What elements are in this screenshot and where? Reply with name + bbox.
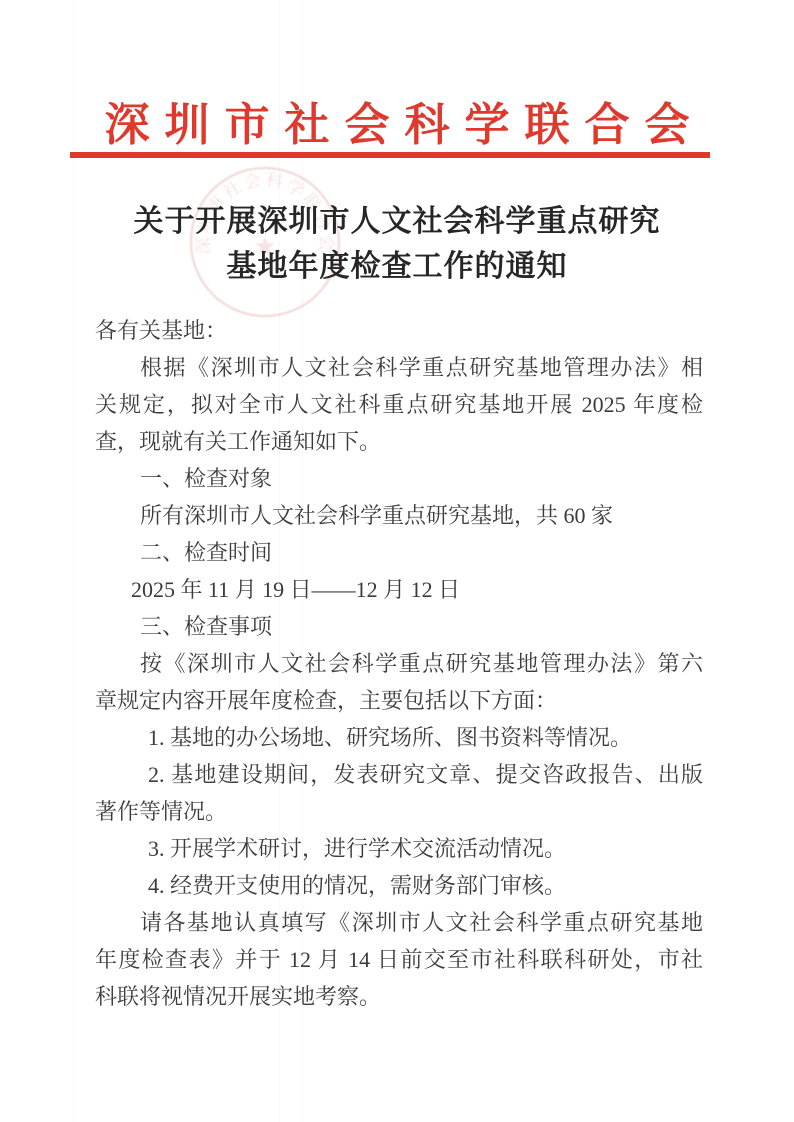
body-line: 2. 基地建设期间，发表研究文章、提交咨政报告、出版 xyxy=(95,756,703,793)
body-line: 4. 经费开支使用的情况，需财务部门审核。 xyxy=(95,867,703,904)
letterhead-org-name: 深圳市社会科学联合会 xyxy=(0,88,794,153)
body-line: 科联将视情况开展实地考察。 xyxy=(95,978,703,1015)
header-divider xyxy=(70,152,710,158)
body-line: 年度检查表》并于 12 月 14 日前交至市社科联科研处，市社 xyxy=(95,941,703,978)
body-line: 按《深圳市人文社会科学重点研究基地管理办法》第六 xyxy=(95,645,703,682)
body-line: 章规定内容开展年度检查，主要包括以下方面： xyxy=(95,682,703,719)
body-line: 1. 基地的办公场地、研究场所、图书资料等情况。 xyxy=(95,719,703,756)
body-line: 根据《深圳市人文社会科学重点研究基地管理办法》相 xyxy=(95,349,703,386)
body-line: 查，现就有关工作通知如下。 xyxy=(95,423,703,460)
body-line: 三、检查事项 xyxy=(95,608,703,645)
scan-artifact-line xyxy=(73,0,74,1122)
document-title-line-2: 基地年度检查工作的通知 xyxy=(0,244,794,289)
body-line: 一、检查对象 xyxy=(95,460,703,497)
document-title-line-1: 关于开展深圳市人文社会科学重点研究 xyxy=(0,199,794,244)
body-line: 著作等情况。 xyxy=(95,793,703,830)
body-line: 二、检查时间 xyxy=(95,534,703,571)
body-line: 各有关基地： xyxy=(95,312,703,349)
document-page: 深圳市社会科学联合会 深圳市社会科学联合会 ★ 关于开展深圳市人文社会科学重点研… xyxy=(0,0,794,1122)
document-body: 各有关基地：根据《深圳市人文社会科学重点研究基地管理办法》相关规定，拟对全市人文… xyxy=(95,312,703,1015)
body-line: 2025 年 11 月 19 日——12 月 12 日 xyxy=(95,571,703,608)
body-line: 请各基地认真填写《深圳市人文社会科学重点研究基地 xyxy=(95,904,703,941)
body-line: 所有深圳市人文社会科学重点研究基地，共 60 家 xyxy=(95,497,703,534)
body-line: 关规定，拟对全市人文社科重点研究基地开展 2025 年度检 xyxy=(95,386,703,423)
document-title: 关于开展深圳市人文社会科学重点研究 基地年度检查工作的通知 xyxy=(0,199,794,289)
body-line: 3. 开展学术研讨，进行学术交流活动情况。 xyxy=(95,830,703,867)
